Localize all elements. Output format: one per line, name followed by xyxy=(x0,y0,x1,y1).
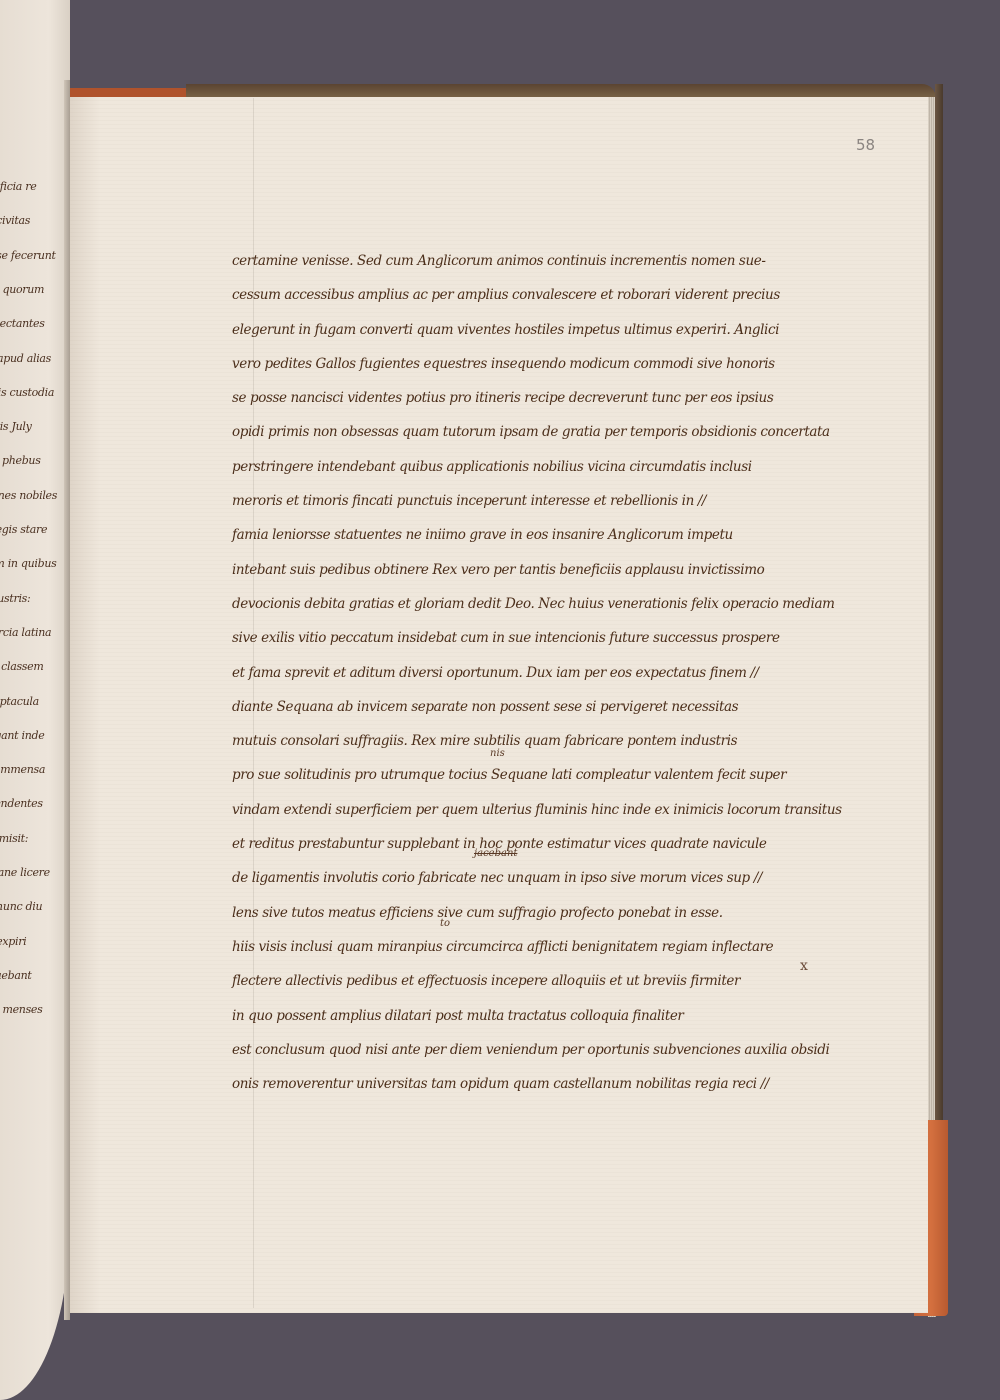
facing-text-line: ...mane licere xyxy=(0,866,50,879)
text-line: certamine venisse. Sed cum Anglicorum an… xyxy=(232,244,792,278)
folio-number: 58 xyxy=(856,136,875,154)
facing-text-line: ...ugant inde xyxy=(0,729,44,742)
facing-text-line: ...s hunc diu xyxy=(0,900,42,913)
text-line: et fama sprevit et aditum diversi oportu… xyxy=(232,656,792,690)
facing-text-line: ...nsis July xyxy=(0,420,32,433)
text-line: perstringere intendebant quibus applicat… xyxy=(232,450,792,484)
text-line: devocionis debita gratias et gloriam ded… xyxy=(232,587,792,621)
interlinear-insertion: to xyxy=(440,918,450,929)
facing-text-line: ...os quorum xyxy=(0,283,44,296)
facing-text-line: ...fluebant xyxy=(0,969,31,982)
interlinear-insertion: nis xyxy=(490,748,505,759)
facing-text-line: ...s civitas xyxy=(0,214,30,227)
facing-text-line: ...er phebus xyxy=(0,454,41,467)
text-line: meroris et timoris fincati punctuis ince… xyxy=(232,484,792,518)
margin-mark: x xyxy=(800,958,808,974)
facing-text-line: ...um in quibus xyxy=(0,557,57,570)
facing-text-line: ...mnes nobiles xyxy=(0,489,57,502)
facing-text-line: ...usficia re xyxy=(0,180,36,193)
text-line: est conclusum quod nisi ante per diem ve… xyxy=(232,1033,792,1067)
text-line: se posse nancisci videntes potius pro it… xyxy=(232,381,792,415)
facing-text-line: ...pendentes xyxy=(0,797,43,810)
facing-text-line: ...isse fecerunt xyxy=(0,249,56,262)
text-line: pro sue solitudinis pro utrumque tocius … xyxy=(232,758,792,792)
main-text-block: certamine venisse. Sed cum Anglicorum an… xyxy=(232,244,792,1101)
text-line: onis removerentur universitas tam opidum… xyxy=(232,1067,792,1101)
text-line: vindam extendi superficiem per quem ulte… xyxy=(232,793,792,827)
text-line: lens sive tutos meatus efficiens sive cu… xyxy=(232,896,792,930)
facing-text-line: ...et classem xyxy=(0,660,43,673)
text-line: sive exilis vitio peccatum insidebat cum… xyxy=(232,621,792,655)
text-line: elegerunt in fugam converti quam vivente… xyxy=(232,313,792,347)
facing-left-page: ...usficia re...s civitas...isse fecerun… xyxy=(0,0,70,1400)
text-line: intebant suis pedibus obtinere Rex vero … xyxy=(232,553,792,587)
text-line: in quo possent amplius dilatari post mul… xyxy=(232,999,792,1033)
facing-text-line: ...e apud alias xyxy=(0,352,51,365)
facing-text-line: ...remisit: xyxy=(0,832,28,845)
facing-text-line: ...a immensa xyxy=(0,763,45,776)
facing-text-line: ...Regis stare xyxy=(0,523,47,536)
facing-text-line: ...spectantes xyxy=(0,317,45,330)
text-line: hiis visis inclusi quam miranpius circum… xyxy=(232,930,792,964)
text-line: vero pedites Gallos fugientes equestres … xyxy=(232,347,792,381)
text-line: de ligamentis involutis corio fabricate … xyxy=(232,861,792,895)
facing-text-line: ...tercia latina xyxy=(0,626,51,639)
facing-text-line: ...s expiri xyxy=(0,935,26,948)
text-line: flectere allectivis pedibus et effectuos… xyxy=(232,964,792,998)
text-line: opidi primis non obsessas quam tutorum i… xyxy=(232,415,792,449)
facing-text-line: ...illustris: xyxy=(0,592,30,605)
facing-text-line: ...os menses xyxy=(0,1003,42,1016)
leather-board-top xyxy=(186,84,936,98)
struck-insertion: jacebant xyxy=(474,848,517,859)
text-line: cessum accessibus amplius ac per amplius… xyxy=(232,278,792,312)
text-line: mutuis consolari suffragiis. Rex mire su… xyxy=(232,724,792,758)
text-line: diante Sequana ab invicem separate non p… xyxy=(232,690,792,724)
leather-board-right xyxy=(935,84,943,1124)
text-line: famia leniorsse statuentes ne iniimo gra… xyxy=(232,518,792,552)
facing-text-line: ...mis custodia xyxy=(0,386,54,399)
facing-text-line: ...ceptacula xyxy=(0,695,39,708)
